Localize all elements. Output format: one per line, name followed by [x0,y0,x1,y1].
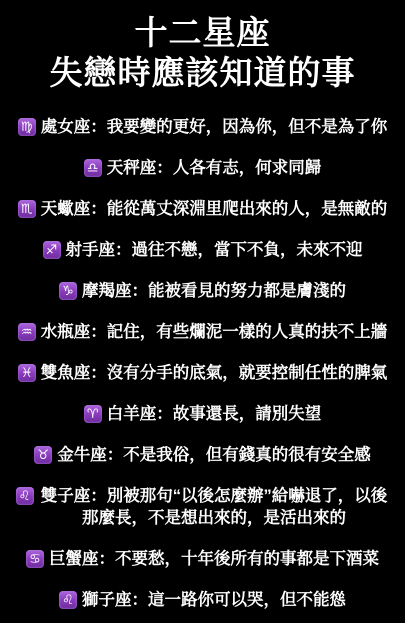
pisces-icon: ♓ [18,364,36,382]
poster-title-line1: 十二星座 [0,13,405,53]
zodiac-row-capricorn: ♑ 摩羯座：能被看見的努力都是膚淺的 [51,280,354,302]
libra-text: 天秤座：人各有志，何求同歸 [107,157,322,179]
virgo-text: 處女座：我要變的更好，因為你，但不是為了你 [41,116,388,138]
pisces-text: 雙魚座：沒有分手的底氣，就要控制任性的脾氣 [41,362,388,384]
zodiac-row-aquarius: ♒ 水瓶座：記住，有些爛泥一樣的人真的扶不上牆 [10,321,396,343]
gemini-icon: ♌ [16,487,34,505]
scorpio-text: 天蠍座：能從萬丈深淵里爬出來的人，是無敵的 [41,198,388,220]
aries-text: 白羊座：故事還長，請別失望 [107,403,322,425]
taurus-text: 金牛座：不是我俗，但有錢真的很有安全感 [57,444,371,466]
zodiac-row-pisces: ♓ 雙魚座：沒有分手的底氣，就要控制任性的脾氣 [10,362,396,384]
gemini-text: 雙子座：別被那句“以後怎麼辦”給嚇退了，以後那麼長，不是想出來的，是活出來的 [39,485,390,529]
zodiac-row-leo: ♌ 獅子座：這一路你可以哭，但不能慫 [51,589,354,611]
libra-icon: ♎ [84,159,102,177]
zodiac-row-gemini: ♌ 雙子座：別被那句“以後怎麼辦”給嚇退了，以後那麼長，不是想出來的，是活出來的 [8,485,398,529]
poster-title-line2: 失戀時應該知道的事 [0,53,405,93]
capricorn-text: 摩羯座：能被看見的努力都是膚淺的 [82,280,346,302]
zodiac-row-cancer: ♋ 巨蟹座：不要愁，十年後所有的事都是下酒菜 [18,548,387,570]
sagittarius-text: 射手座：過往不戀，當下不負，未來不迎 [66,239,363,261]
zodiac-row-virgo: ♍ 處女座：我要變的更好，因為你，但不是為了你 [10,116,396,138]
cancer-text: 巨蟹座：不要愁，十年後所有的事都是下酒菜 [49,548,379,570]
aries-icon: ♈ [84,405,102,423]
aquarius-text: 水瓶座：記住，有些爛泥一樣的人真的扶不上牆 [41,321,388,343]
cancer-icon: ♋ [26,550,44,568]
zodiac-row-scorpio: ♏ 天蠍座：能從萬丈深淵里爬出來的人，是無敵的 [10,198,396,220]
virgo-icon: ♍ [18,118,36,136]
zodiac-row-libra: ♎ 天秤座：人各有志，何求同歸 [76,157,330,179]
aquarius-icon: ♒ [18,323,36,341]
leo-icon: ♌ [59,591,77,609]
zodiac-list: ♍ 處女座：我要變的更好，因為你，但不是為了你 ♎ 天秤座：人各有志，何求同歸 … [0,116,405,623]
zodiac-row-taurus: ♉ 金牛座：不是我俗，但有錢真的很有安全感 [26,444,379,466]
capricorn-icon: ♑ [59,282,77,300]
taurus-icon: ♉ [34,446,52,464]
zodiac-row-aries: ♈ 白羊座：故事還長，請別失望 [76,403,330,425]
sagittarius-icon: ♐ [43,241,61,259]
zodiac-row-sagittarius: ♐ 射手座：過往不戀，當下不負，未來不迎 [35,239,371,261]
poster-title: 十二星座 失戀時應該知道的事 [0,0,405,93]
leo-text: 獅子座：這一路你可以哭，但不能慫 [82,589,346,611]
scorpio-icon: ♏ [18,200,36,218]
zodiac-poster: 十二星座 失戀時應該知道的事 ♍ 處女座：我要變的更好，因為你，但不是為了你 ♎… [0,0,405,623]
